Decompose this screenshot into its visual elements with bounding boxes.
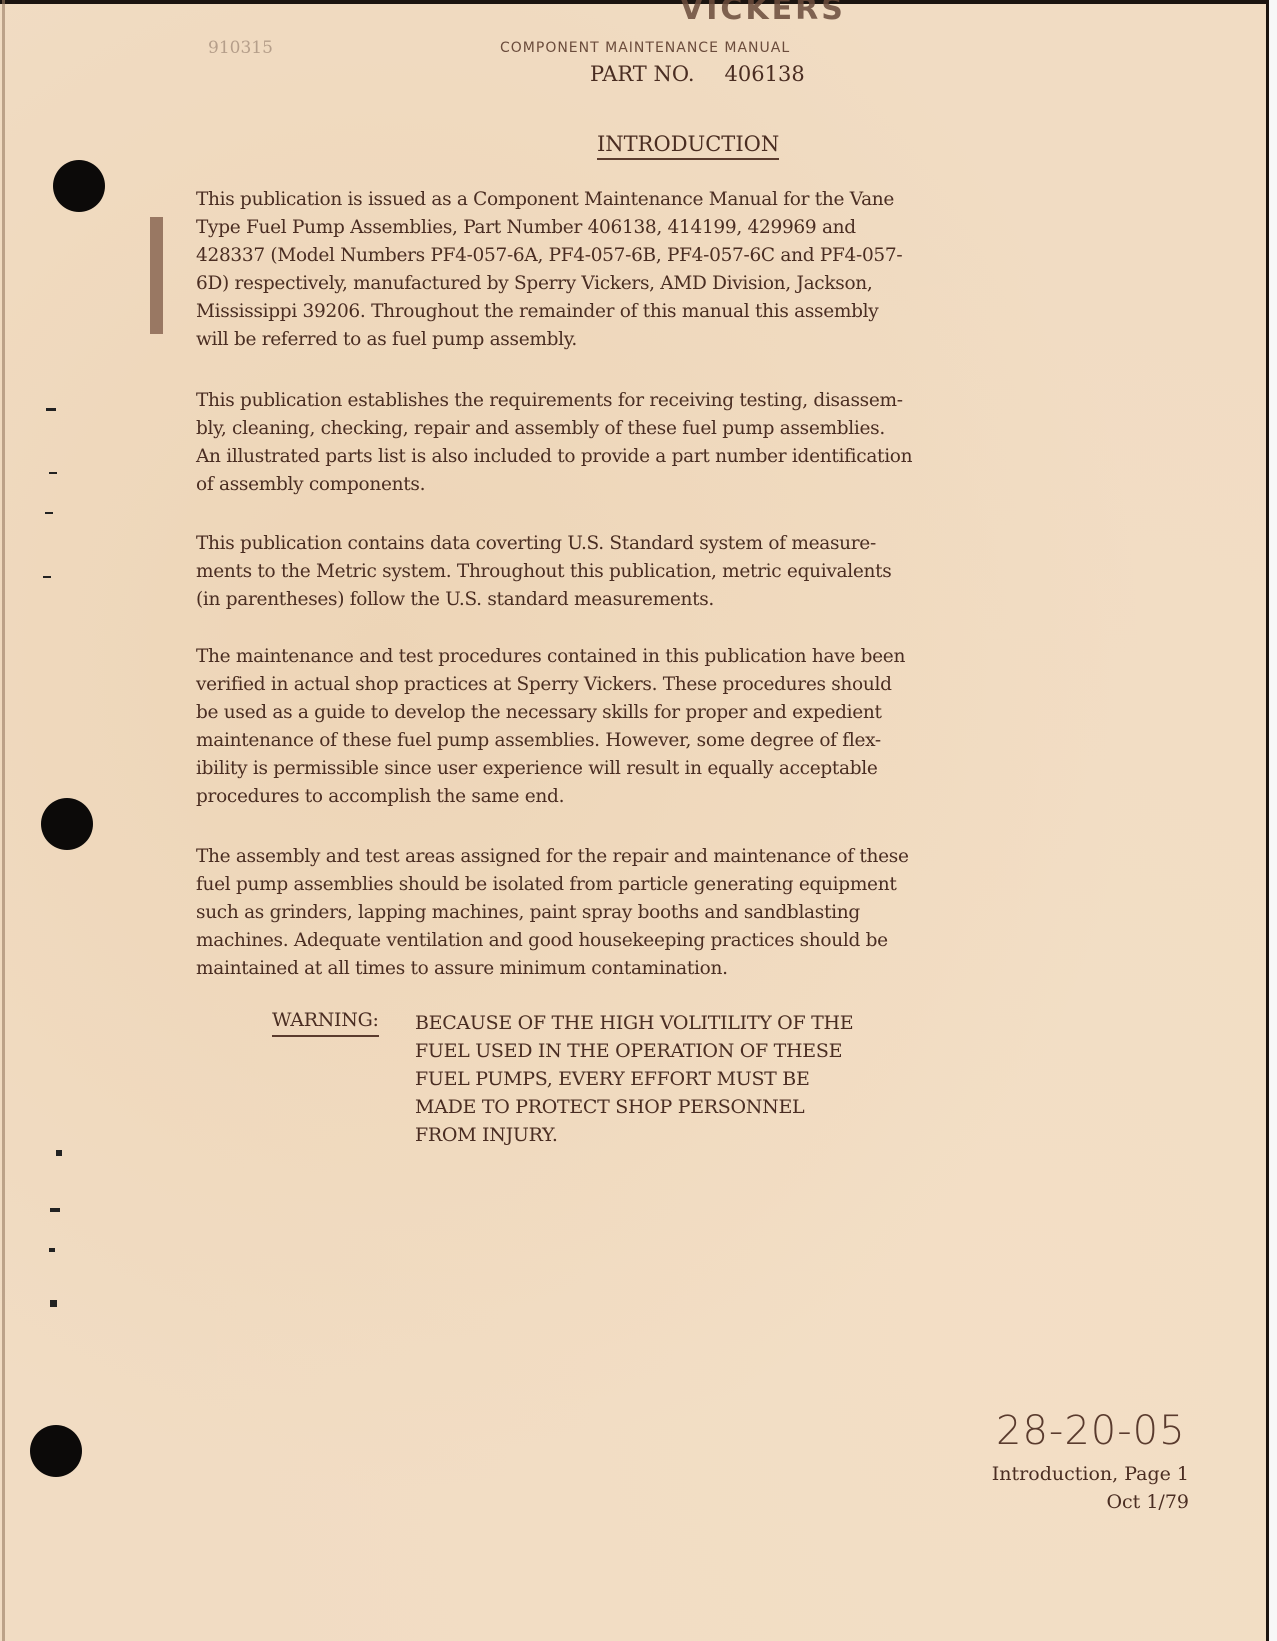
margin-mark [49,1248,55,1252]
text-line: bly, cleaning, checking, repair and asse… [196,415,1206,443]
text-line: fuel pump assemblies should be isolated … [196,871,1206,899]
text-line: FUEL USED IN THE OPERATION OF THESE [415,1037,853,1065]
text-line: Type Fuel Pump Assemblies, Part Number 4… [196,214,1206,242]
revision-date: Oct 1/79 [992,1488,1189,1516]
revision-bar [150,217,163,334]
punch-hole-top [53,160,105,212]
punch-hole-middle [41,798,93,850]
text-line: Mississippi 39206. Throughout the remain… [196,298,1206,326]
document-number: 910315 [208,38,273,58]
text-line: This publication contains data coverting… [196,530,1206,558]
text-line: An illustrated parts list is also includ… [196,443,1206,471]
part-number-label: PART NO. [590,62,695,86]
text-line: MADE TO PROTECT SHOP PERSONNEL [415,1093,853,1121]
margin-mark [45,512,53,514]
margin-mark [49,472,57,474]
text-line: FROM INJURY. [415,1121,853,1149]
margin-mark [50,1300,57,1307]
text-line: This publication is issued as a Componen… [196,186,1206,214]
text-line: ibility is permissible since user experi… [196,755,1206,783]
margin-mark [43,576,51,578]
text-line: This publication establishes the require… [196,387,1206,415]
scan-right-border [1266,0,1277,1641]
text-line: machines. Adequate ventilation and good … [196,927,1206,955]
punch-hole-bottom [30,1425,82,1477]
text-line: 6D) respectively, manufactured by Sperry… [196,270,1206,298]
text-line: ments to the Metric system. Throughout t… [196,558,1206,586]
vickers-logo: VICKERS [680,0,846,27]
section-title: INTRODUCTION [597,132,779,160]
scan-top-border [0,0,1277,4]
warning-label: WARNING: [272,1009,379,1037]
text-line: will be referred to as fuel pump assembl… [196,326,1206,354]
page-label: Introduction, Page 1 [992,1460,1189,1488]
page-footer: Introduction, Page 1 Oct 1/79 [992,1460,1189,1516]
text-line: BECAUSE OF THE HIGH VOLITILITY OF THE [415,1009,853,1037]
paragraph-purpose: This publication is issued as a Componen… [196,186,1206,354]
chapter-code: 28-20-05 [996,1408,1186,1454]
paragraph-procedures: The maintenance and test procedures cont… [196,643,1206,811]
text-line: such as grinders, lapping machines, pain… [196,899,1206,927]
margin-mark [50,1208,60,1212]
margin-mark [46,408,56,411]
text-line: verified in actual shop practices at Spe… [196,671,1206,699]
text-line: (in parentheses) follow the U.S. standar… [196,586,1206,614]
scan-left-edge [2,0,5,1641]
text-line: maintenance of these fuel pump assemblie… [196,727,1206,755]
text-line: maintained at all times to assure minimu… [196,955,1206,983]
paragraph-metric: This publication contains data coverting… [196,530,1206,614]
text-line: of assembly components. [196,471,1206,499]
text-line: procedures to accomplish the same end. [196,783,1206,811]
warning-text: BECAUSE OF THE HIGH VOLITILITY OF THE FU… [415,1009,853,1149]
paragraph-work-areas: The assembly and test areas assigned for… [196,843,1206,983]
margin-mark [56,1150,62,1156]
text-line: be used as a guide to develop the necess… [196,699,1206,727]
part-number-value: 406138 [725,62,805,86]
text-line: The maintenance and test procedures cont… [196,643,1206,671]
manual-title: COMPONENT MAINTENANCE MANUAL [500,40,790,56]
part-number-header: PART NO.406138 [590,62,805,86]
text-line: FUEL PUMPS, EVERY EFFORT MUST BE [415,1065,853,1093]
text-line: The assembly and test areas assigned for… [196,843,1206,871]
paragraph-requirements: This publication establishes the require… [196,387,1206,499]
text-line: 428337 (Model Numbers PF4-057-6A, PF4-05… [196,242,1206,270]
